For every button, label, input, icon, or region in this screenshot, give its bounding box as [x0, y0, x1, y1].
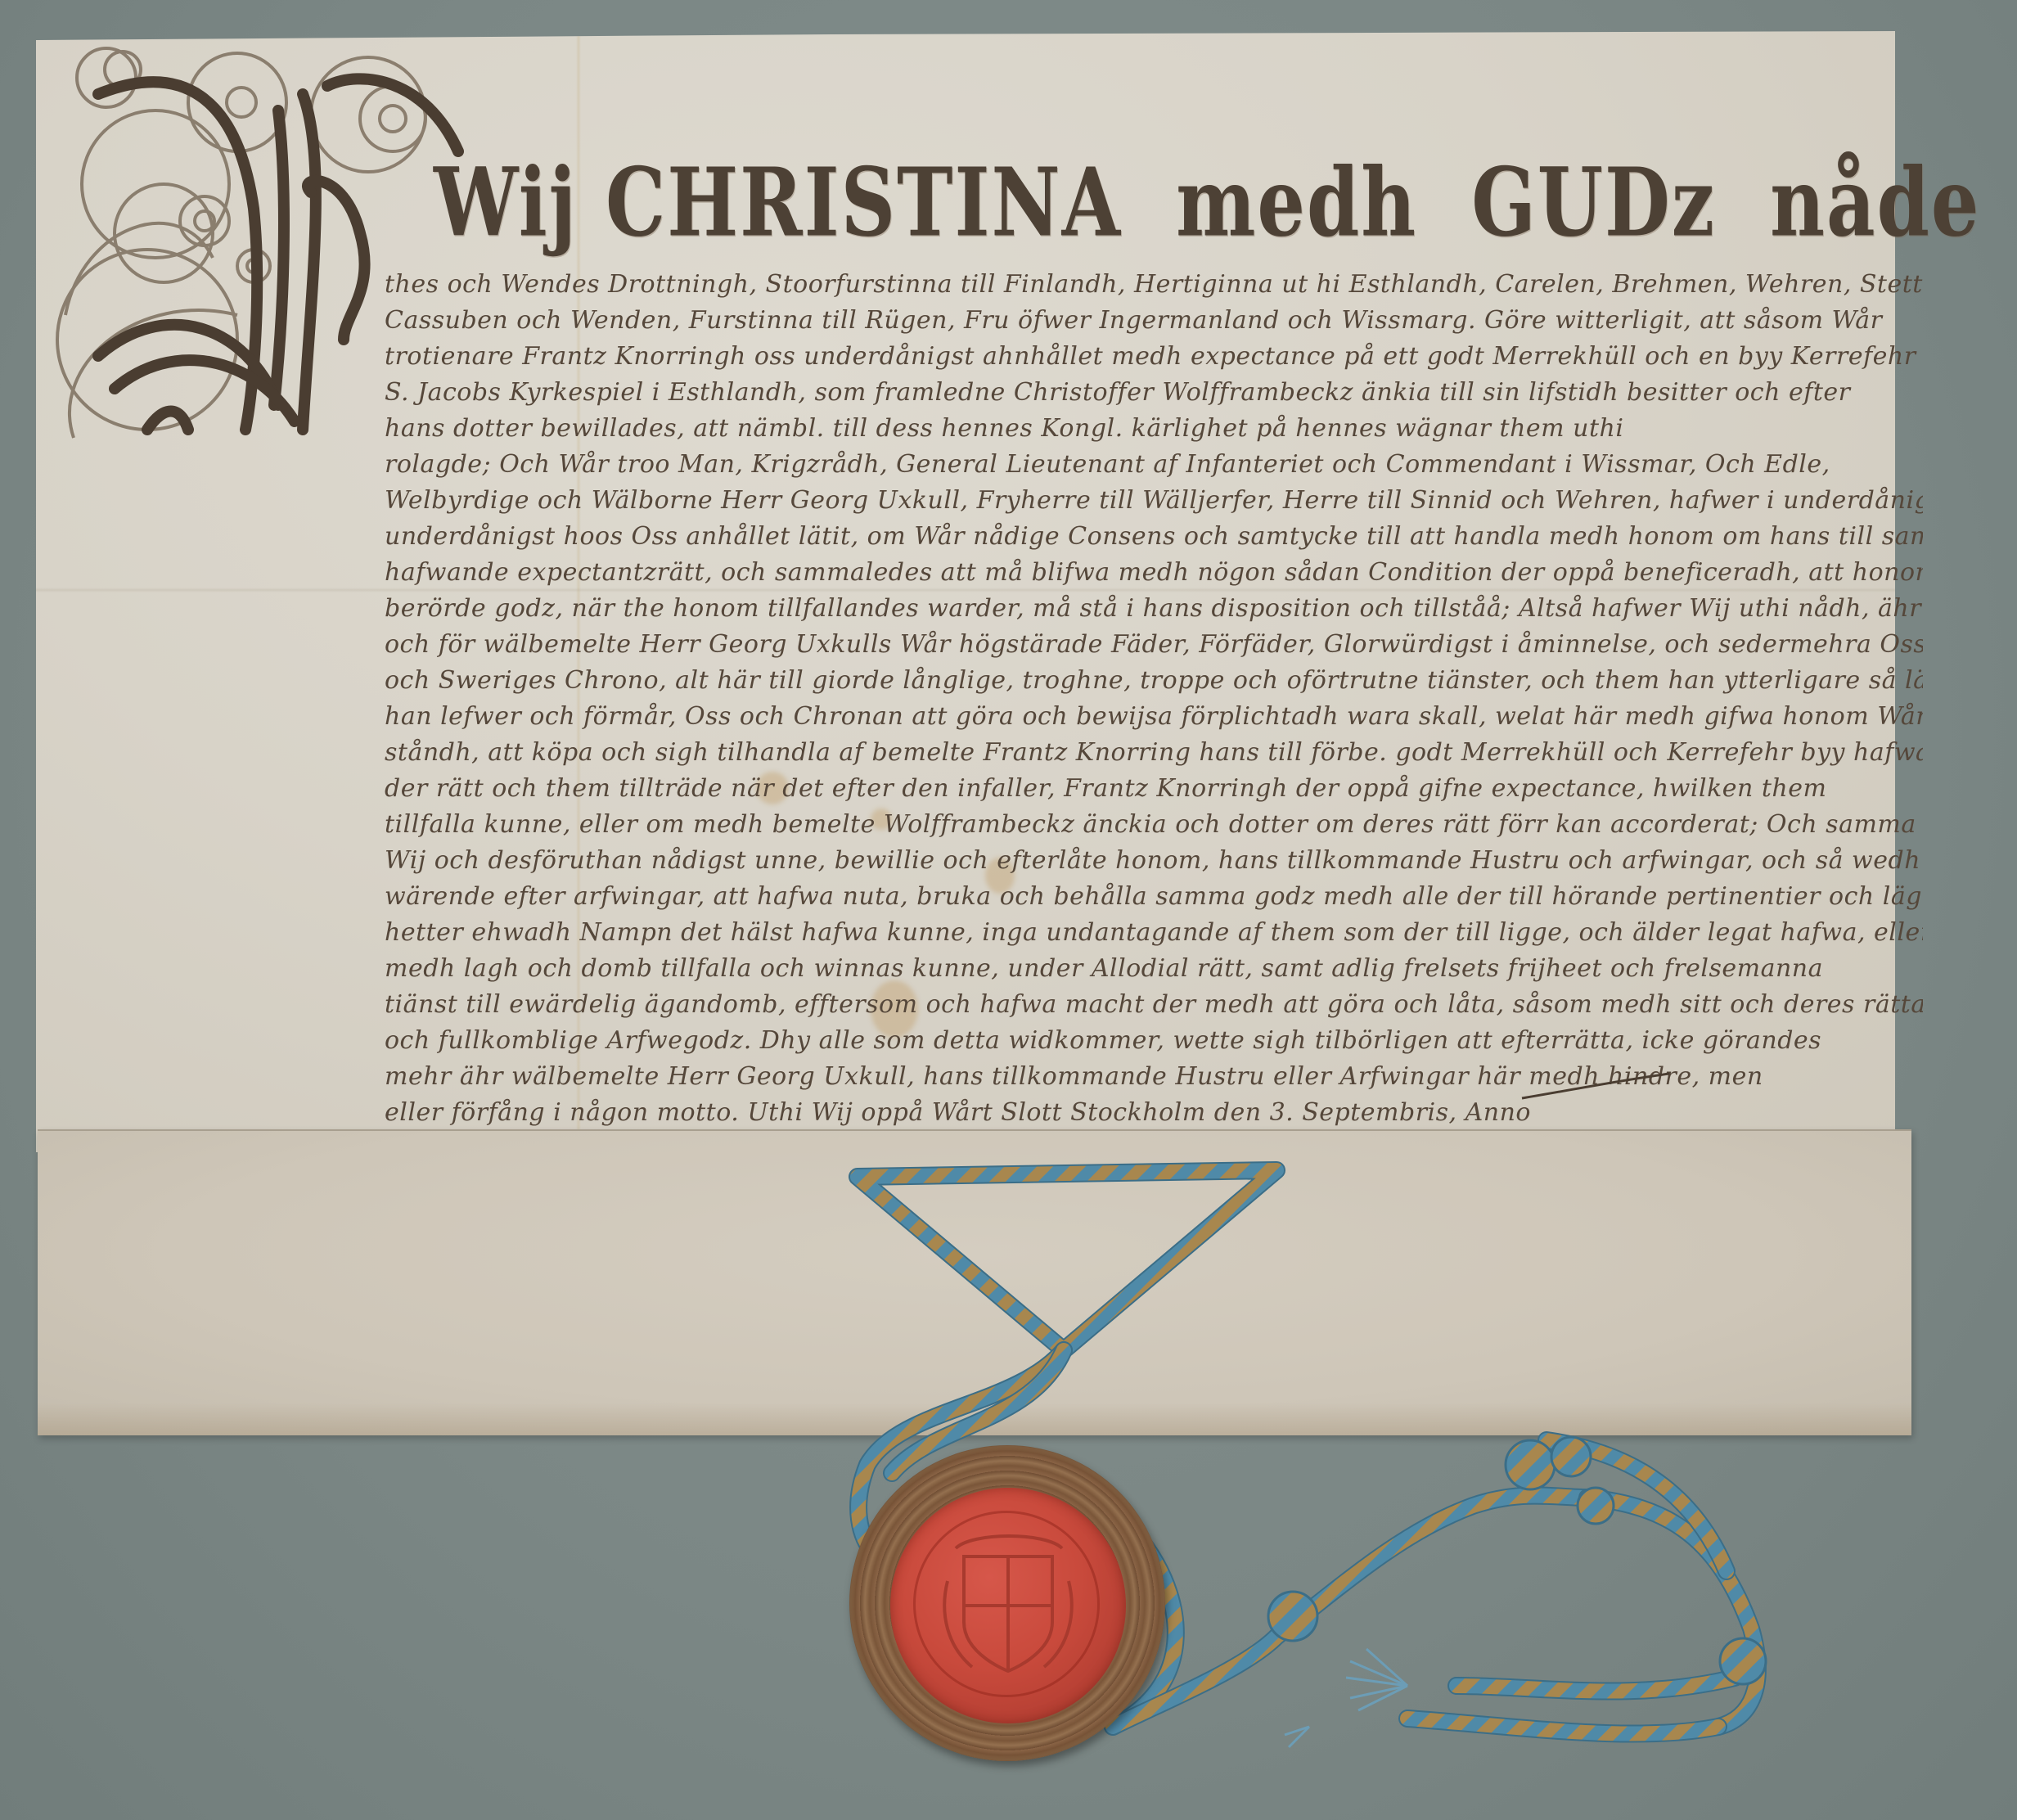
- text-line: Cassuben och Wenden, Furstinna till Rüge…: [385, 306, 1923, 342]
- text-line: och för wälbemelte Herr Georg Uxkulls Wå…: [385, 630, 1923, 666]
- folded-plica: [38, 1129, 1911, 1435]
- text-line: Wij och desföruthan nådigst unne, bewill…: [385, 846, 1923, 882]
- seal-skippet: [849, 1445, 1165, 1761]
- document-heading: Wij CHRISTINA medh GUDz nåde Sweriges, G…: [434, 147, 1947, 258]
- closing-flourish-icon: [1514, 1070, 1677, 1103]
- text-line: hans dotter bewillades, att nämbl. till …: [385, 414, 1923, 450]
- heading-word: nåde: [1770, 147, 1980, 258]
- text-line: underdånigst hoos Oss anhållet lätit, om…: [385, 522, 1923, 558]
- text-line: tiänst till ewärdelig ägandomb, effterso…: [385, 990, 1923, 1026]
- text-line: medh lagh och domb tillfalla och winnas …: [385, 954, 1923, 990]
- text-line: wärende efter arfwingar, att hafwa nuta,…: [385, 882, 1923, 918]
- text-line: S. Jacobs Kyrkespiel i Esthlandh, som fr…: [385, 378, 1923, 414]
- text-line: han lefwer och förmår, Oss och Chronan a…: [385, 702, 1923, 738]
- heading-word: medh: [1176, 147, 1417, 258]
- red-wax-seal: [890, 1488, 1126, 1723]
- text-line: och Sweriges Chrono, alt här till giorde…: [385, 666, 1923, 702]
- text-line: mehr ähr wälbemelte Herr Georg Uxkull, h…: [385, 1062, 1923, 1098]
- text-line: hetter ehwadh Nampn det hälst hafwa kunn…: [385, 918, 1923, 954]
- text-line: och fullkomblige Arfwegodz. Dhy alle som…: [385, 1026, 1923, 1062]
- text-line: hafwande expectantzrätt, och sammaledes …: [385, 558, 1923, 594]
- coat-of-arms-icon: [939, 1532, 1077, 1679]
- text-line-closing: eller förfång i någon motto. Uthi Wij op…: [385, 1098, 1530, 1134]
- text-line: der rätt och them tillträde när det efte…: [385, 774, 1923, 810]
- text-line: berörde godz, när the honom tillfallande…: [385, 594, 1923, 630]
- text-line: ståndh, att köpa och sigh tilhandla af b…: [385, 738, 1923, 774]
- text-line: thes och Wendes Drottningh, Stoorfurstin…: [385, 270, 1923, 306]
- text-line: rolagde; Och Wår troo Man, Krigzrådh, Ge…: [385, 450, 1923, 486]
- heading-word: Wij CHRISTINA: [434, 147, 1122, 258]
- heading-word: GUDz: [1471, 147, 1716, 258]
- text-line: tillfalla kunne, eller om medh bemelte W…: [385, 810, 1923, 846]
- text-line: trotienare Frantz Knorringh oss underdån…: [385, 342, 1923, 378]
- text-line: Welbyrdige och Wälborne Herr Georg Uxkul…: [385, 486, 1923, 522]
